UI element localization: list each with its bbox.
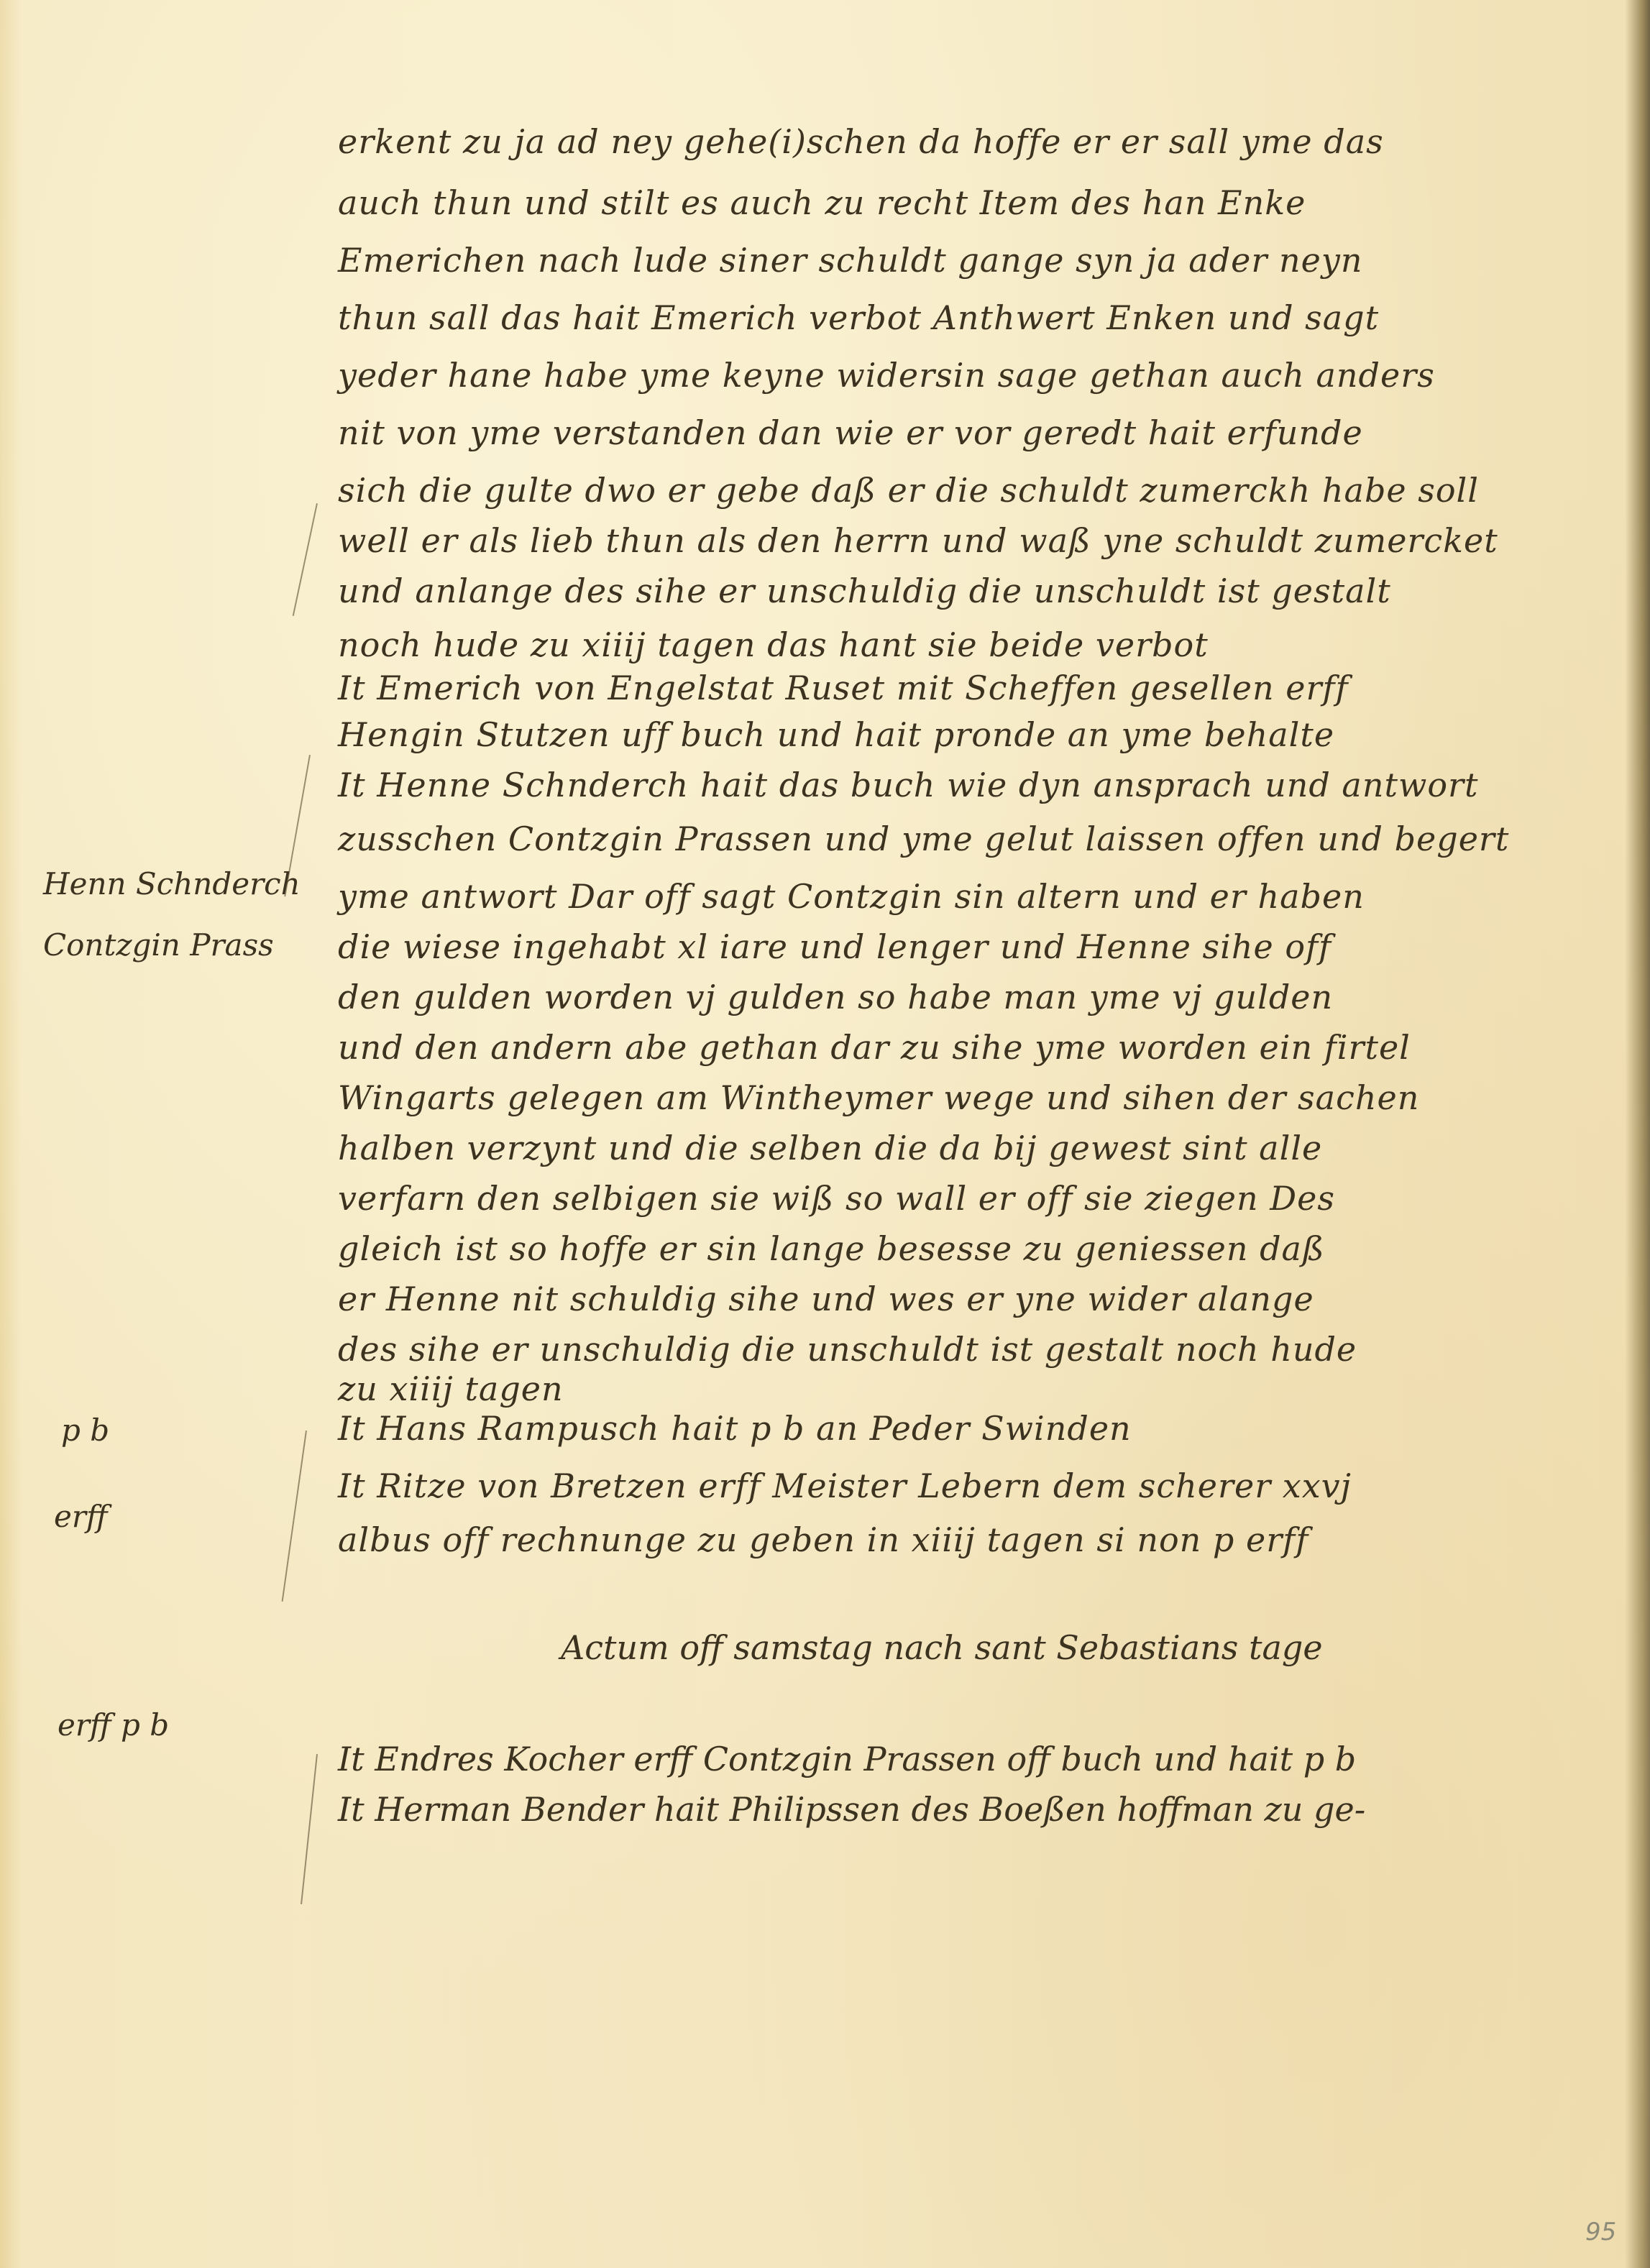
text-line: verfarn den selbigen sie wiß so wall er …	[338, 1179, 1335, 1218]
text-line: yeder hane habe yme keyne widersin sage …	[338, 356, 1435, 395]
margin-note: Henn Schnderch	[43, 866, 301, 901]
margin-note: erff p b	[58, 1707, 169, 1743]
text-line: noch hude zu xiiij tagen das hant sie be…	[338, 625, 1209, 664]
margin-note: erff	[54, 1499, 108, 1534]
text-line: well er als lieb thun als den herrn und …	[338, 521, 1498, 560]
text-line: auch thun und stilt es auch zu recht Ite…	[338, 183, 1306, 222]
text-line: sich die gulte dwo er gebe daß er die sc…	[338, 471, 1479, 510]
text-line: thun sall das hait Emerich verbot Anthwe…	[338, 298, 1379, 337]
text-line: Emerichen nach lude siner schuldt gange …	[338, 241, 1362, 280]
manuscript-page: erkent zu ja ad ney gehe(i)schen da hoff…	[0, 0, 1650, 2268]
text-line: gleich ist so hoffe er sin lange besesse…	[338, 1229, 1325, 1268]
text-line: It Herman Bender hait Philipssen des Boe…	[338, 1790, 1365, 1829]
text-line: It Henne Schnderch hait das buch wie dyn…	[338, 766, 1479, 804]
text-line: yme antwort Dar off sagt Contzgin sin al…	[338, 877, 1365, 916]
text-line: und den andern abe gethan dar zu sihe ym…	[338, 1028, 1411, 1067]
text-line: erkent zu ja ad ney gehe(i)schen da hoff…	[338, 122, 1384, 161]
ink-stroke	[293, 503, 318, 616]
text-line: Hengin Stutzen uff buch und hait pronde …	[338, 715, 1334, 754]
text-line: It Emerich von Engelstat Ruset mit Schef…	[338, 669, 1349, 707]
actum-date-line: Actum off samstag nach sant Sebastians t…	[561, 1628, 1323, 1667]
text-line: den gulden worden vj gulden so habe man …	[338, 978, 1333, 1016]
folio-number: 95	[1585, 2218, 1616, 2246]
text-line: nit von yme verstanden dan wie er vor ge…	[338, 413, 1363, 452]
text-line: und anlange des sihe er unschuldig die u…	[338, 571, 1391, 610]
ink-stroke	[282, 1431, 307, 1602]
text-line: albus off rechnunge zu geben in xiiij ta…	[338, 1520, 1308, 1559]
text-line: er Henne nit schuldig sihe und wes er yn…	[338, 1280, 1314, 1318]
text-line: It Endres Kocher erff Contzgin Prassen o…	[338, 1740, 1356, 1778]
text-line: des sihe er unschuldig die unschuldt ist…	[338, 1330, 1357, 1369]
text-line: It Ritze von Bretzen erff Meister Lebern…	[338, 1466, 1352, 1505]
margin-note: Contzgin Prass	[43, 927, 274, 963]
text-line: Wingarts gelegen am Wintheymer wege und …	[338, 1078, 1419, 1117]
margin-note: p b	[61, 1413, 109, 1448]
text-line: zusschen Contzgin Prassen und yme gelut …	[338, 819, 1509, 858]
text-line: zu xiiij tagen	[338, 1369, 564, 1408]
ink-stroke	[301, 1754, 318, 1904]
text-line: die wiese ingehabt xl iare und lenger un…	[338, 927, 1332, 966]
text-line: halben verzynt und die selben die da bij…	[338, 1129, 1322, 1167]
text-line: It Hans Rampusch hait p b an Peder Swind…	[338, 1409, 1132, 1448]
